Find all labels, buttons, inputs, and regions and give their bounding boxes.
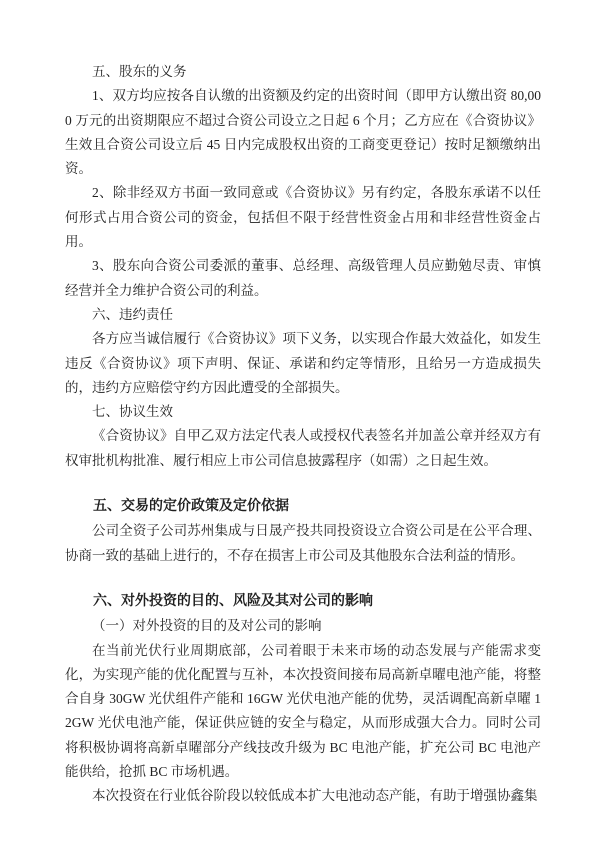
- paragraph-effectiveness-conditions: 《合资协议》自甲乙双方法定代表人或授权代表签名并加盖公章并经双方有权审批机构批准…: [65, 424, 541, 473]
- paragraph-capital-contribution: 1、双方均应按各自认缴的出资额及约定的出资时间（即甲方认缴出资 80,000 万…: [65, 84, 541, 181]
- section-heading-investment-purpose-risk-impact: 六、对外投资的目的、风险及其对公司的影响: [65, 590, 541, 614]
- subsection-heading-investment-purpose: （一）对外投资的目的及对公司的影响: [65, 614, 541, 638]
- paragraph-investment-benefit: 本次投资在行业低谷阶段以较低成本扩大电池动态产能，有助于增强协鑫集: [65, 784, 541, 808]
- paragraph-investment-purpose-details: 在当前光伏行业周期底部，公司着眼于未来市场的动态发展与产能需求变化，为实现产能的…: [65, 639, 541, 785]
- section-heading-shareholder-obligations: 五、股东的义务: [65, 60, 541, 84]
- paragraph-appointed-directors-duty: 3、股东向合资公司委派的董事、总经理、高级管理人员应勤勉尽责、审慎经营并全力维护…: [65, 254, 541, 303]
- document-page: 五、股东的义务 1、双方均应按各自认缴的出资额及约定的出资时间（即甲方认缴出资 …: [0, 0, 600, 845]
- section-heading-pricing-policy: 五、交易的定价政策及定价依据: [65, 495, 541, 519]
- section-heading-agreement-effectiveness: 七、协议生效: [65, 400, 541, 424]
- section-heading-breach-liability: 六、违约责任: [65, 303, 541, 327]
- paragraph-no-fund-occupation: 2、除非经双方书面一致同意或《合资协议》另有约定，各股东承诺不以任何形式占用合资…: [65, 181, 541, 254]
- paragraph-breach-compensation: 各方应当诚信履行《合资协议》项下义务，以实现合作最大效益化，如发生违反《合资协议…: [65, 327, 541, 400]
- paragraph-pricing-basis: 公司全资子公司苏州集成与日晟产投共同投资设立合资公司是在公平合理、协商一致的基础…: [65, 519, 541, 568]
